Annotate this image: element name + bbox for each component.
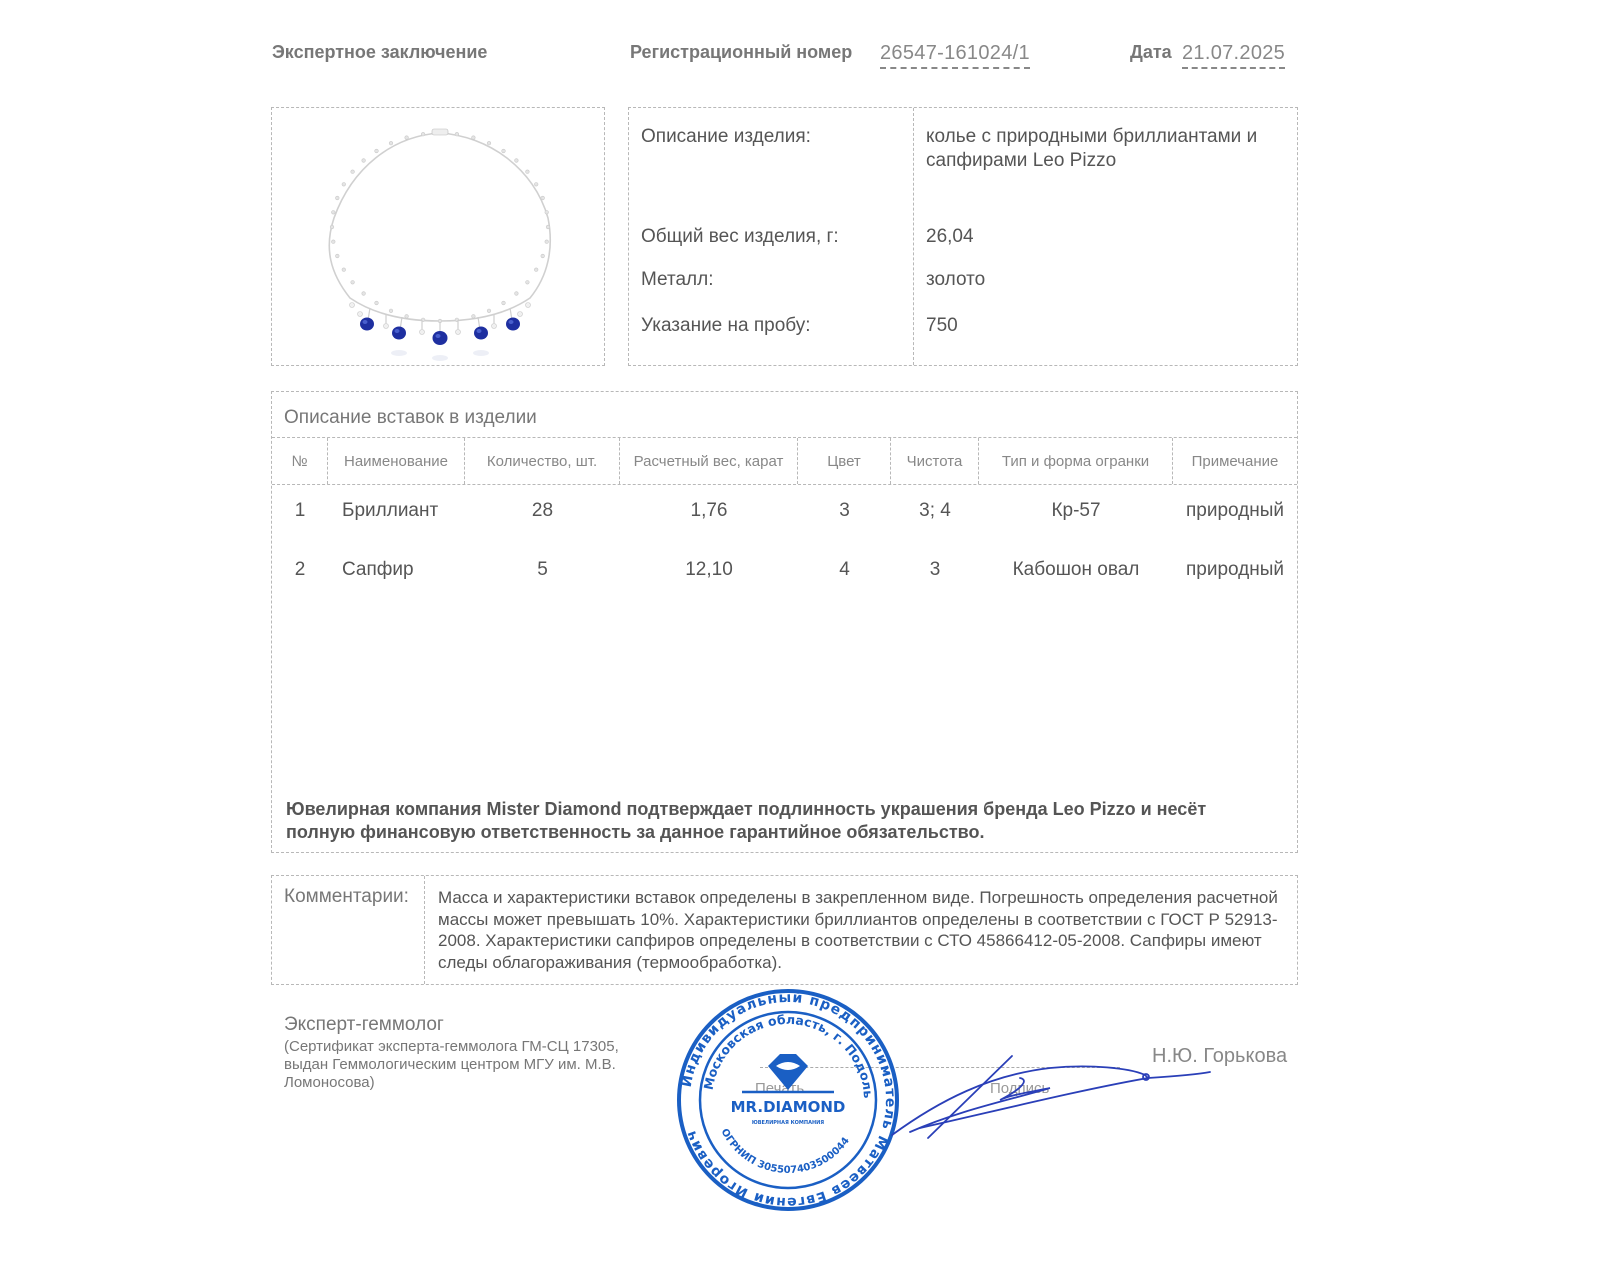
col-note: Примечание (1173, 438, 1297, 484)
hallmark-label: Указание на пробу: (641, 315, 811, 337)
cell-name: Бриллиант (342, 491, 479, 531)
cell-note: природный (1173, 491, 1297, 531)
cell-cut: Кабошон овал (979, 550, 1173, 590)
cell-weight: 1,76 (620, 491, 798, 531)
inserts-panel: Описание вставок в изделии № Наименовани… (271, 391, 1298, 853)
guarantee-statement: Ювелирная компания Mister Diamond подтве… (286, 798, 1276, 844)
registration-number-label: Регистрационный номер (630, 42, 852, 63)
cell-weight: 12,10 (620, 550, 798, 590)
description-value: колье с природными бриллиантами и сапфир… (926, 125, 1286, 173)
table-row: 1 Бриллиант 28 1,76 3 3; 4 Кр-57 природн… (272, 491, 1297, 531)
cell-color: 4 (798, 550, 891, 590)
company-stamp-icon: Индивидуальный предприниматель Матвеев Е… (676, 988, 900, 1212)
col-number: № (272, 438, 328, 484)
total-weight-value: 26,04 (926, 225, 1286, 249)
expert-certificate: (Сертификат эксперта-геммолога ГМ-СЦ 173… (284, 1038, 654, 1092)
total-weight-label: Общий вес изделия, г: (641, 226, 839, 248)
table-row: 2 Сапфир 5 12,10 4 3 Кабошон овал природ… (272, 550, 1297, 590)
svg-text:MR.DIAMOND: MR.DIAMOND (731, 1098, 846, 1116)
col-name: Наименование (328, 438, 465, 484)
svg-text:ЮВЕЛИРНАЯ КОМПАНИЯ: ЮВЕЛИРНАЯ КОМПАНИЯ (752, 1120, 824, 1126)
inserts-table-header: № Наименование Количество, шт. Расчетный… (272, 437, 1297, 485)
description-label: Описание изделия: (641, 126, 811, 148)
info-divider (913, 108, 914, 365)
date-value: 21.07.2025 (1182, 42, 1285, 69)
expert-title: Эксперт-геммолог (284, 1014, 444, 1036)
cell-number: 2 (272, 550, 328, 590)
cell-clarity: 3; 4 (891, 491, 979, 531)
comments-text: Масса и характеристики вставок определен… (438, 887, 1298, 973)
cell-note: природный (1173, 550, 1297, 590)
hallmark-value: 750 (926, 314, 1286, 338)
cell-quantity: 5 (465, 550, 620, 590)
comments-divider (424, 876, 425, 984)
cell-number: 1 (272, 491, 328, 531)
svg-text:ОГРНИП 305507403500044: ОГРНИП 305507403500044 (719, 1127, 852, 1176)
registration-number-value: 26547-161024/1 (880, 42, 1030, 69)
metal-label: Металл: (641, 269, 713, 291)
comments-label: Комментарии: (284, 886, 409, 908)
item-photo-frame (271, 107, 605, 366)
document-title: Экспертное заключение (272, 42, 487, 63)
cell-name: Сапфир (342, 550, 479, 590)
comments-panel: Комментарии: Масса и характеристики вста… (271, 875, 1298, 985)
col-cut: Тип и форма огранки (979, 438, 1173, 484)
signature-scribble-icon (880, 1040, 1220, 1140)
necklace-photo-icon (272, 108, 606, 367)
col-weight: Расчетный вес, карат (620, 438, 798, 484)
date-label: Дата (1130, 42, 1172, 63)
cell-clarity: 3 (891, 550, 979, 590)
col-color: Цвет (798, 438, 891, 484)
col-clarity: Чистота (891, 438, 979, 484)
inserts-title: Описание вставок в изделии (284, 407, 537, 429)
col-quantity: Количество, шт. (465, 438, 620, 484)
metal-value: золото (926, 268, 1286, 292)
cell-color: 3 (798, 491, 891, 531)
cell-cut: Кр-57 (979, 491, 1173, 531)
cell-quantity: 28 (465, 491, 620, 531)
item-info-panel: Описание изделия: колье с природными бри… (628, 107, 1298, 366)
